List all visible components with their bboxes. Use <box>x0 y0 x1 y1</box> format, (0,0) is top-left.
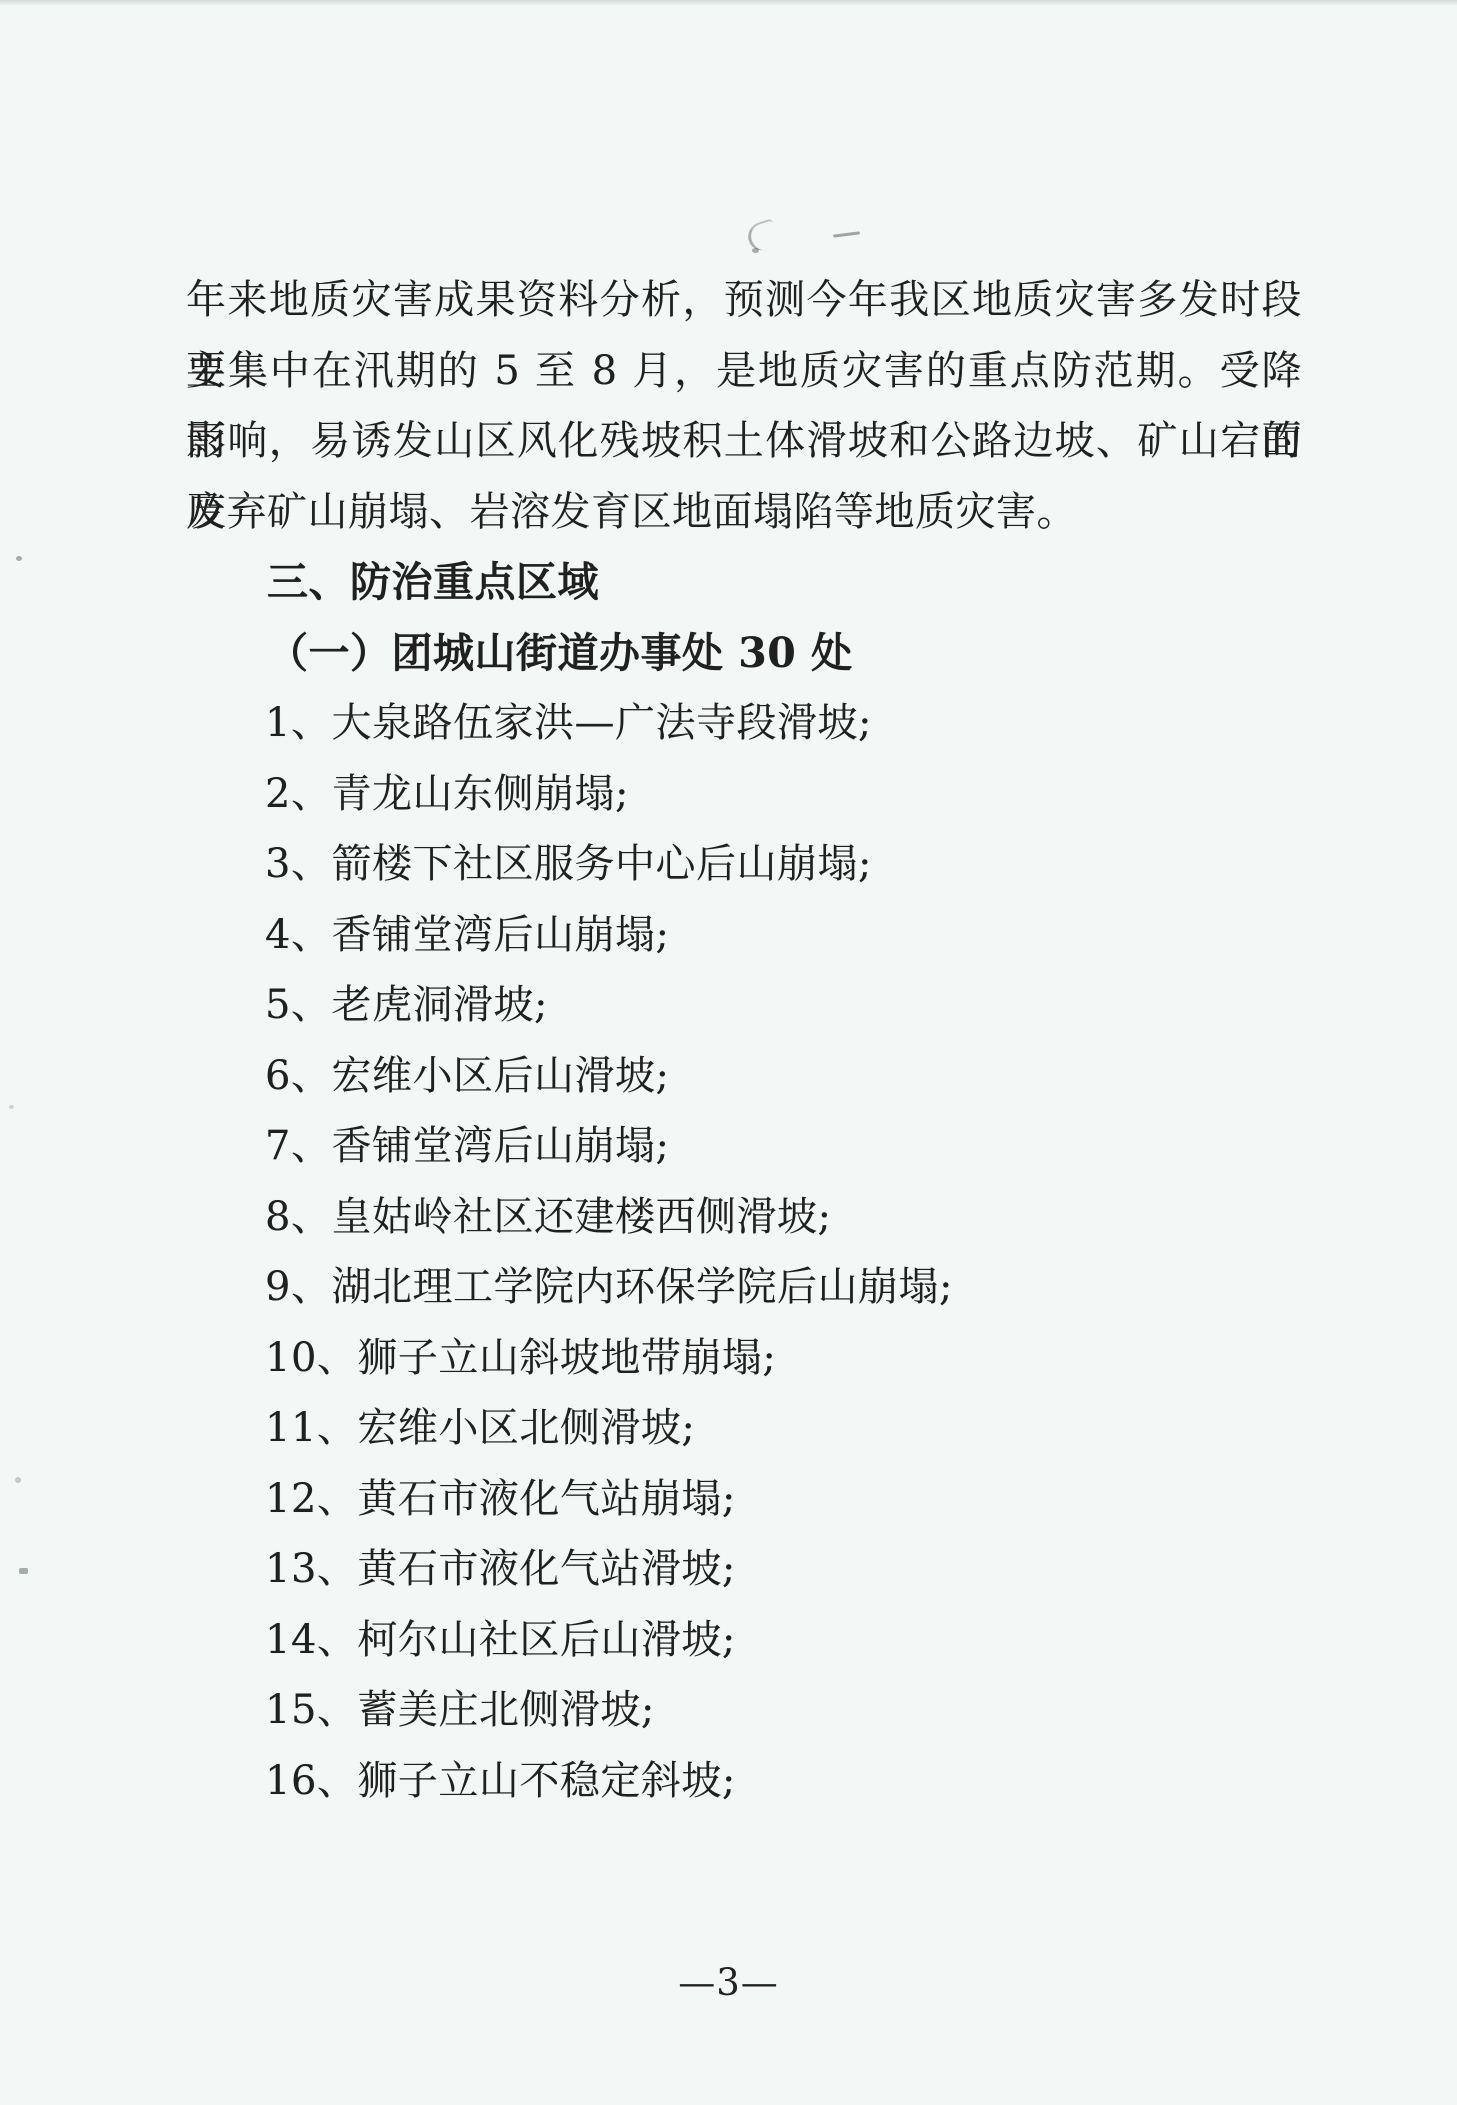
scan-edge-shading <box>0 0 1457 6</box>
list-item-12: 12、黄石市液化气站崩塌; <box>186 1464 1302 1535</box>
page-number: —3— <box>0 1958 1457 2008</box>
list-item-16: 16、狮子立山不稳定斜坡; <box>186 1746 1302 1817</box>
scan-speck <box>16 556 22 561</box>
scan-speck <box>9 1105 14 1109</box>
document-body: 年来地质灾害成果资料分析，预测今年我区地质灾害多发时段主 要集中在汛期的 5 至… <box>186 265 1302 1816</box>
list-item-14: 14、柯尔山社区后山滑坡; <box>186 1605 1302 1676</box>
list-item-7: 7、香铺堂湾后山崩塌; <box>186 1111 1302 1182</box>
list-item-8: 8、皇姑岭社区还建楼西侧滑坡; <box>186 1182 1302 1253</box>
list-item-9: 9、湖北理工学院内环保学院后山崩塌; <box>186 1252 1302 1323</box>
list-item-2: 2、青龙山东侧崩塌; <box>186 759 1302 830</box>
scan-speck <box>15 1477 21 1483</box>
pencil-smudge-curve <box>744 218 780 254</box>
section-subheading: （一）团城山街道办事处 30 处 <box>186 618 1302 689</box>
paragraph-line-1: 年来地质灾害成果资料分析，预测今年我区地质灾害多发时段主 <box>186 265 1302 336</box>
paragraph-line-3: 影响，易诱发山区风化残坡积土体滑坡和公路边坡、矿山宕面及 <box>186 406 1302 477</box>
document-page: 年来地质灾害成果资料分析，预测今年我区地质灾害多发时段主 要集中在汛期的 5 至… <box>0 0 1457 2105</box>
list-item-3: 3、箭楼下社区服务中心后山崩塌; <box>186 829 1302 900</box>
paragraph-line-2: 要集中在汛期的 5 至 8 月，是地质灾害的重点防范期。受降雨的 <box>186 336 1302 407</box>
list-item-4: 4、香铺堂湾后山崩塌; <box>186 900 1302 971</box>
pencil-smudge-dot <box>752 248 759 253</box>
list-item-13: 13、黄石市液化气站滑坡; <box>186 1534 1302 1605</box>
paragraph-line-4: 废弃矿山崩塌、岩溶发育区地面塌陷等地质灾害。 <box>186 477 1302 548</box>
list-item-11: 11、宏维小区北侧滑坡; <box>186 1393 1302 1464</box>
list-item-1: 1、大泉路伍家洪—广法寺段滑坡; <box>186 688 1302 759</box>
list-item-5: 5、老虎洞滑坡; <box>186 970 1302 1041</box>
scan-speck <box>19 1568 28 1574</box>
section-heading: 三、防治重点区域 <box>186 547 1302 618</box>
list-item-6: 6、宏维小区后山滑坡; <box>186 1041 1302 1112</box>
pencil-smudge-dash <box>833 231 860 237</box>
list-item-15: 15、蓄美庄北侧滑坡; <box>186 1675 1302 1746</box>
list-item-10: 10、狮子立山斜坡地带崩塌; <box>186 1323 1302 1394</box>
